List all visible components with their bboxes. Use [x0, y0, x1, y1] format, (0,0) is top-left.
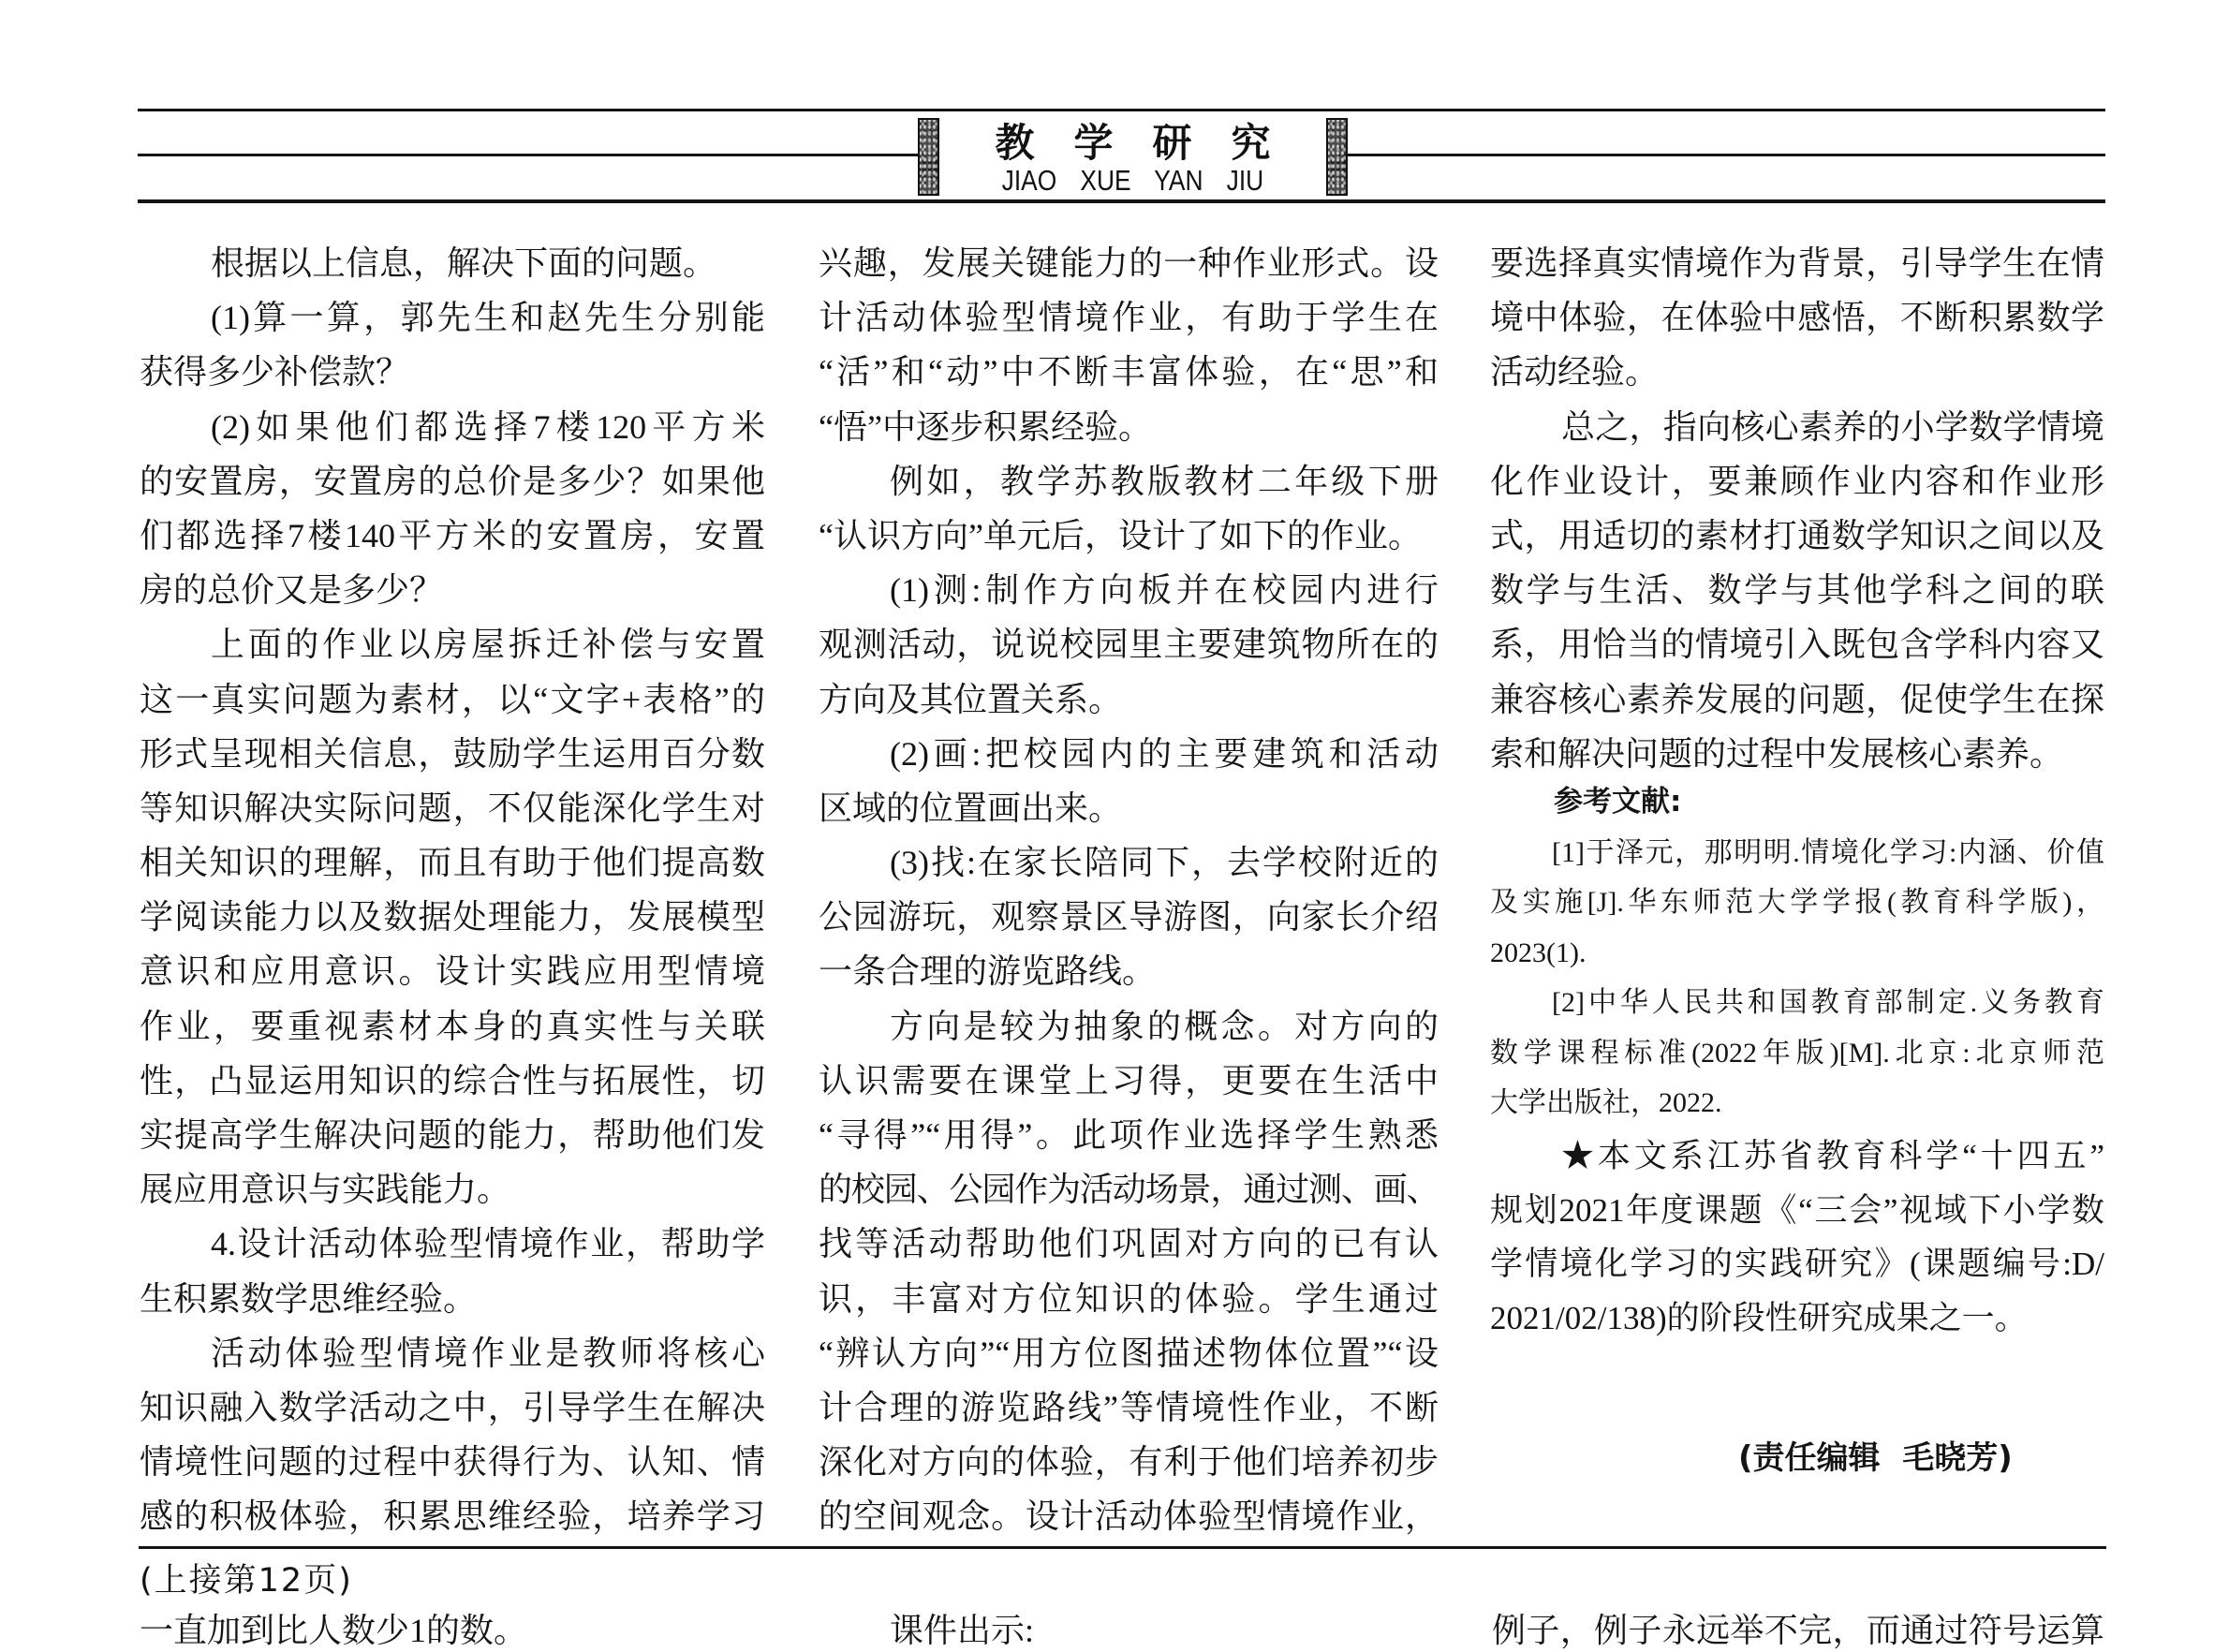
references-section: 参考文献: [1]于泽元，那明明.情境化学习:内涵、价值 及实施[J].华东师范…: [1490, 777, 2104, 1128]
journal-page: 教学研究 JIAO XUE YAN JIU 根据以上信息，解决下面的问题。 (1…: [0, 0, 2229, 1652]
funding-note-line: 2021/02/138)的阶段性研究成果之一。: [1490, 1291, 2104, 1346]
column-1-line: 等知识解决实际问题，不仅能深化学生对: [140, 781, 765, 835]
column-2-line: (3)找:在家长陪同下，去学校附近的: [819, 835, 1439, 890]
header-bottom-rule: [138, 199, 2105, 203]
reference-line: 大学出版社，2022.: [1490, 1078, 2104, 1128]
footer-divider-rule: [139, 1546, 2106, 1549]
conclusion-line: 数学与生活、数学与其他学科之间的联: [1490, 563, 2104, 617]
column-2-line: 认识需要在课堂上习得，更要在生活中: [819, 1054, 1439, 1108]
column-2-line: (1)测:制作方向板并在校园内进行: [819, 563, 1439, 617]
column-1-line: 实提高学生解决问题的能力，帮助他们发: [140, 1108, 765, 1162]
reference-line: 及实施[J].华东师范大学学报(教育科学版)，: [1490, 878, 2104, 928]
column-1-line: 情境性问题的过程中获得行为、认知、情: [140, 1435, 765, 1489]
continuation-column-3: 例子，例子永远举不完，而通过符号运算: [1492, 1609, 2104, 1652]
reference-line: [1]于泽元，那明明.情境化学习:内涵、价值: [1490, 828, 2104, 878]
funding-note-line: ★本文系江苏省教育科学“十四五”: [1490, 1129, 2104, 1184]
column-2-line: 方向是较为抽象的概念。对方向的: [819, 999, 1439, 1054]
column-2-line: 方向及其位置关系。: [819, 672, 1439, 727]
column-2-line: 计活动体验型情境作业，有助于学生在: [819, 290, 1439, 345]
column-2-line: 深化对方向的体验，有利于他们培养初步: [819, 1435, 1439, 1489]
column-2-line: “活”和“动”中不断丰富体验，在“思”和: [819, 345, 1439, 399]
column-1-line: 性，凸显运用知识的综合性与拓展性，切: [140, 1054, 765, 1108]
column-1-line: (1)算一算，郭先生和赵先生分别能: [140, 290, 765, 345]
column-2-line: 公园游玩，观察景区导游图，向家长介绍: [819, 890, 1439, 944]
conclusion-line: 兼容核心素养发展的问题，促使学生在探: [1490, 672, 2104, 727]
funding-note: ★本文系江苏省教育科学“十四五” 规划2021年度课题《“三会”视域下小学数 学…: [1490, 1129, 2104, 1346]
column-1-line: 上面的作业以房屋拆迁补偿与安置: [140, 617, 765, 671]
continuation-line: 一直加到比人数少1的数。: [140, 1609, 765, 1652]
reference-line: [2]中华人民共和国教育部制定.义务教育: [1490, 978, 2104, 1028]
column-2-line: 一条合理的游览路线。: [819, 944, 1439, 998]
continued-from-label: (上接第12页): [140, 1560, 353, 1601]
editor-credit: (责任编辑 毛晓芳): [1738, 1435, 2013, 1482]
column-2-line: 观测活动，说说校园里主要建筑物所在的: [819, 617, 1439, 671]
column-3-line: 活动经验。: [1490, 345, 2104, 399]
column-2-line: (2)画:把校园内的主要建筑和活动: [819, 727, 1439, 781]
article-column-1: 根据以上信息，解决下面的问题。 (1)算一算，郭先生和赵先生分别能 获得多少补偿…: [140, 236, 765, 1544]
funding-note-line: 规划2021年度课题《“三会”视域下小学数: [1490, 1184, 2104, 1238]
column-2-line: 兴趣，发展关键能力的一种作业形式。设: [819, 236, 1439, 290]
column-3-line: 要选择真实情境作为背景，引导学生在情: [1490, 236, 2104, 290]
section-pinyin: JIAO XUE YAN JIU: [1002, 167, 1264, 195]
column-2-line: 例如，教学苏教版教材二年级下册: [819, 454, 1439, 509]
column-1-line: 的安置房，安置房的总价是多少？如果他: [140, 454, 765, 509]
column-1-line: (2)如果他们都选择7楼120平方米: [140, 400, 765, 454]
header-middle-rule-left: [138, 154, 918, 156]
column-1-line: 相关知识的理解，而且有助于他们提高数: [140, 835, 765, 890]
column-1-line: 知识融入数学活动之中，引导学生在解决: [140, 1380, 765, 1435]
column-2-line: “悟”中逐步积累经验。: [819, 400, 1439, 454]
column-1-line: 意识和应用意识。设计实践应用型情境: [140, 944, 765, 998]
column-2-line: 计合理的游览路线”等情境性作业，不断: [819, 1380, 1439, 1435]
column-2-line: 的空间观念。设计活动体验型情境作业，: [819, 1489, 1439, 1543]
column-1-line: 房的总价又是多少？: [140, 563, 765, 617]
header-middle-rule-right: [1348, 154, 2105, 156]
column-1-line: 形式呈现相关信息，鼓励学生运用百分数: [140, 727, 765, 781]
continuation-column-2: 课件出示:: [819, 1609, 1439, 1652]
column-1-line: 学阅读能力以及数据处理能力，发展模型: [140, 890, 765, 944]
column-2-line: 找等活动帮助他们巩固对方向的已有认: [819, 1217, 1439, 1271]
column-1-line: 获得多少补偿款？: [140, 345, 765, 399]
column-1-line: 们都选择7楼140平方米的安置房，安置: [140, 509, 765, 563]
column-2-line: “辨认方向”“用方位图描述物体位置”“设: [819, 1326, 1439, 1380]
reference-line: 2023(1).: [1490, 928, 2104, 979]
references-heading: 参考文献:: [1490, 777, 2104, 828]
header-ornament-right-icon: [1326, 118, 1348, 196]
conclusion-line: 索和解决问题的过程中发展核心素养。: [1490, 727, 2104, 781]
section-title: 教学研究: [939, 122, 1326, 165]
continuation-line: 例子，例子永远举不完，而通过符号运算: [1492, 1609, 2104, 1652]
column-1-line: 根据以上信息，解决下面的问题。: [140, 236, 765, 290]
column-2-line: “寻得”“用得”。此项作业选择学生熟悉: [819, 1108, 1439, 1162]
section-pinyin-container: JIAO XUE YAN JIU: [939, 167, 1326, 195]
article-column-3: 要选择真实情境作为背景，引导学生在情 境中体验，在体验中感悟，不断积累数学 活动…: [1490, 236, 2104, 781]
column-2-line: 区域的位置画出来。: [819, 781, 1439, 835]
funding-note-line: 学情境化学习的实践研究》(课题编号:D/: [1490, 1237, 2104, 1291]
reference-line: 数学课程标准(2022年版)[M].北京:北京师范: [1490, 1028, 2104, 1079]
column-1-line: 作业，要重视素材本身的真实性与关联: [140, 999, 765, 1054]
column-1-line: 展应用意识与实践能力。: [140, 1162, 765, 1217]
conclusion-line: 化作业设计，要兼顾作业内容和作业形: [1490, 454, 2104, 509]
section-heading-4: 4.设计活动体验型情境作业，帮助学: [140, 1217, 765, 1271]
column-1-line: 感的积极体验，积累思维经验，培养学习: [140, 1489, 765, 1543]
column-1-line: 活动体验型情境作业是教师将核心: [140, 1326, 765, 1380]
article-column-2: 兴趣，发展关键能力的一种作业形式。设 计活动体验型情境作业，有助于学生在 “活”…: [819, 236, 1439, 1544]
column-2-line: “认识方向”单元后，设计了如下的作业。: [819, 509, 1439, 563]
conclusion-line: 系，用恰当的情境引入既包含学科内容又: [1490, 617, 2104, 671]
conclusion-line: 总之，指向核心素养的小学数学情境: [1490, 400, 2104, 454]
header-top-rule: [138, 109, 2105, 111]
continuation-line: 课件出示:: [819, 1609, 1439, 1652]
column-3-line: 境中体验，在体验中感悟，不断积累数学: [1490, 290, 2104, 345]
column-2-line: 的校园、公园作为活动场景，通过测、画、: [819, 1162, 1439, 1217]
header-ornament-left-icon: [918, 118, 939, 196]
column-2-line: 识，丰富对方位知识的体验。学生通过: [819, 1272, 1439, 1326]
continuation-column-1: 一直加到比人数少1的数。: [140, 1609, 765, 1652]
conclusion-line: 式，用适切的素材打通数学知识之间以及: [1490, 509, 2104, 563]
column-1-line: 这一真实问题为素材，以“文字+表格”的: [140, 672, 765, 727]
section-heading-4-continued: 生积累数学思维经验。: [140, 1272, 765, 1326]
